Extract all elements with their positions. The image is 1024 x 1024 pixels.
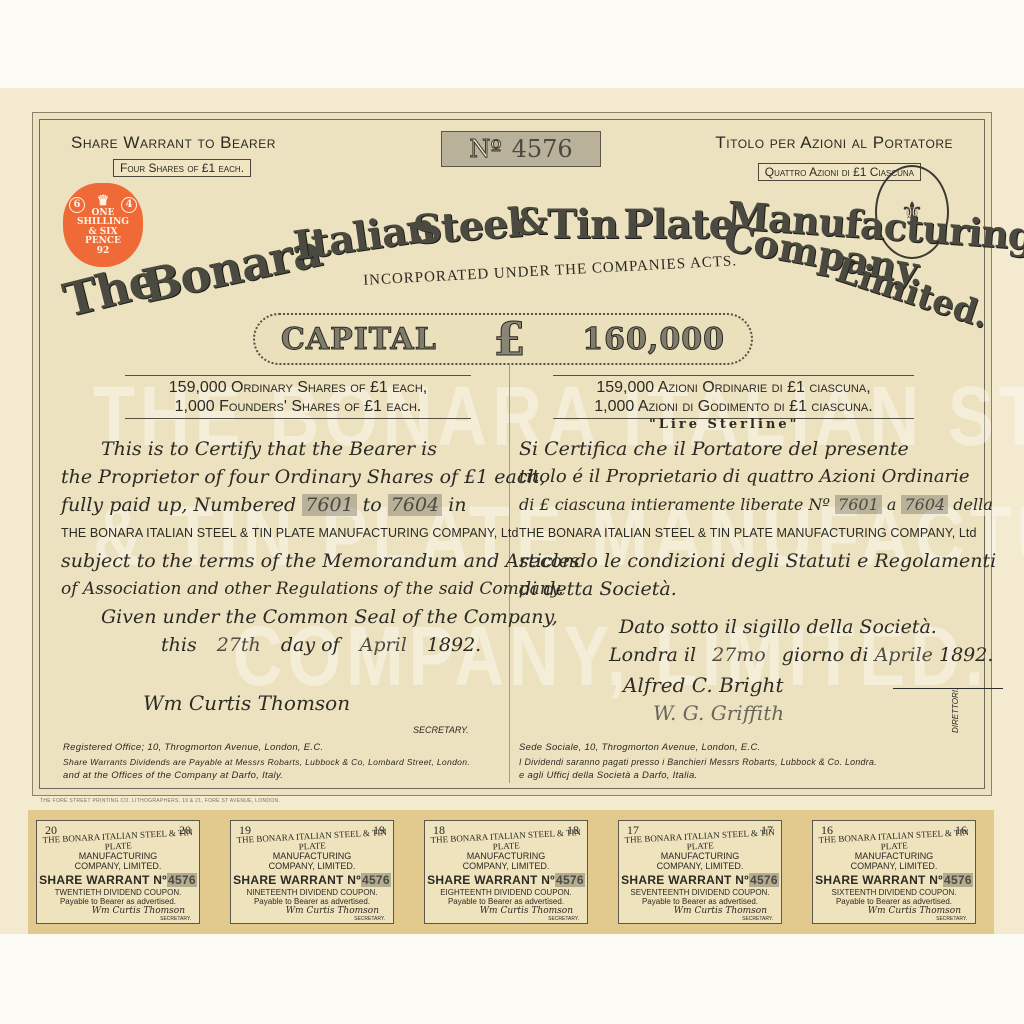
- footer-en: Registered Office; 10, Throgmorton Avenu…: [63, 741, 503, 783]
- shares-it-line: 159,000 Azioni Ordinarie di £1 ciascuna,: [561, 378, 906, 397]
- company-line: THE BONARA ITALIAN STEEL & TIN PLATE MAN…: [519, 519, 965, 547]
- text-fragment: this: [161, 634, 197, 656]
- coupon-company: COMPANY, LIMITED.: [813, 861, 975, 871]
- warrant-label: SHARE WARRANT Nº: [233, 873, 361, 887]
- text-line: secondo le condizioni degli Statuti e Re…: [519, 547, 965, 575]
- text-fragment: di £ ciascuna intieramente liberate Nº: [519, 495, 830, 514]
- coupon-secretary: SECRETARY.: [425, 916, 587, 922]
- capital-banner: CAPITAL £ 160,000: [253, 313, 753, 365]
- date-year: 1892.: [939, 644, 993, 666]
- coupon-payable: Payable to Bearer as advertised.: [231, 897, 393, 906]
- coupon-ordinal: SIXTEENTH DIVIDEND COUPON.: [813, 888, 975, 897]
- coupon-company: COMPANY, LIMITED.: [619, 861, 781, 871]
- warrant-number: 4576: [167, 873, 197, 887]
- text-fragment: a: [887, 495, 897, 514]
- warrant-number: 4576: [361, 873, 391, 887]
- text-line: Dato sotto il sigillo della Società.: [519, 613, 965, 641]
- coupon-ordinal: TWENTIETH DIVIDEND COUPON.: [37, 888, 199, 897]
- director-signature-2: W. G. Griffith: [653, 701, 784, 725]
- shares-box-en: Four Shares of £1 each.: [113, 159, 251, 177]
- header-right: Titolo per Azioni al Portatore: [715, 133, 953, 153]
- date-month: Aprile: [875, 644, 933, 666]
- coupon-company: COMPANY, LIMITED.: [425, 861, 587, 871]
- coupon-signature: Wm Curtis Thomson: [425, 906, 587, 916]
- signature-line: [893, 688, 1003, 689]
- footer-line: Registered Office; 10, Throgmorton Avenu…: [63, 741, 503, 755]
- coupon-payable: Payable to Bearer as advertised.: [619, 897, 781, 906]
- capital-value: 160,000: [582, 322, 725, 357]
- coupon-ordinal: SEVENTEENTH DIVIDEND COUPON.: [619, 888, 781, 897]
- shares-it-line: 1,000 Azioni di Godimento di £1 ciascuna…: [561, 397, 906, 416]
- text-line: Si Certifica che il Portatore del presen…: [519, 435, 965, 463]
- date-month: April: [360, 634, 407, 656]
- share-number-from: 7601: [302, 494, 356, 516]
- text-fragment: Londra il: [609, 644, 696, 666]
- shares-it: 159,000 Azioni Ordinarie di £1 ciascuna,…: [553, 375, 914, 419]
- direttori-label: DIRETTORI.: [951, 688, 960, 733]
- pound-sign-icon: £: [494, 312, 526, 366]
- coupon-16[interactable]: 16 16 THE BONARA ITALIAN STEEL & TIN PLA…: [812, 820, 976, 924]
- warrant-label: SHARE WARRANT Nº: [427, 873, 555, 887]
- coupon-signature: Wm Curtis Thomson: [813, 906, 975, 916]
- coupon-secretary: SECRETARY.: [619, 916, 781, 922]
- coupon-payable: Payable to Bearer as advertised.: [37, 897, 199, 906]
- company-line: THE BONARA ITALIAN STEEL & TIN PLATE MAN…: [61, 519, 507, 547]
- column-divider: [509, 363, 510, 783]
- coupon-secretary: SECRETARY.: [37, 916, 199, 922]
- printer-imprint: THE FORE STREET PRINTING CO. LITHOGRAPHE…: [40, 798, 280, 804]
- coupon-warrant: SHARE WARRANT Nº4576: [813, 873, 975, 887]
- footer-line: e agli Ufficj della Società a Darfo, Ita…: [519, 769, 959, 783]
- share-certificate: THE BONARA ITALIAN STEEL & TIN PLATE MAN…: [32, 112, 992, 796]
- shares-en-line: 1,000 Founders' Shares of £1 each.: [133, 397, 463, 416]
- coupon-18[interactable]: 18 18 THE BONARA ITALIAN STEEL & TIN PLA…: [424, 820, 588, 924]
- dividend-coupons: 20 20 THE BONARA ITALIAN STEEL & TIN PLA…: [28, 810, 994, 934]
- text-line: di detta Società.: [519, 575, 965, 603]
- coupon-19[interactable]: 19 19 THE BONARA ITALIAN STEEL & TIN PLA…: [230, 820, 394, 924]
- date-line: this 27th day of April 1892.: [61, 631, 507, 659]
- warrant-label: SHARE WARRANT Nº: [39, 873, 167, 887]
- coupon-20[interactable]: 20 20 THE BONARA ITALIAN STEEL & TIN PLA…: [36, 820, 200, 924]
- text-fragment: day of: [281, 634, 340, 656]
- warrant-number: 4576: [943, 873, 973, 887]
- coupon-warrant: SHARE WARRANT Nº4576: [37, 873, 199, 887]
- share-number-from: 7601: [835, 495, 882, 514]
- warrant-label: SHARE WARRANT Nº: [815, 873, 943, 887]
- text-line: titolo é il Proprietario di quattro Azio…: [519, 463, 965, 491]
- capital-label: CAPITAL: [281, 322, 437, 357]
- date-year: 1892.: [427, 634, 481, 656]
- footer-line: and at the Offices of the Company at Dar…: [63, 769, 503, 783]
- title-word: Tin: [547, 201, 618, 248]
- coupon-ordinal: NINETEENTH DIVIDEND COUPON.: [231, 888, 393, 897]
- director-signature-1: Alfred C. Bright: [623, 673, 783, 697]
- coupon-secretary: SECRETARY.: [231, 916, 393, 922]
- coupon-secretary: SECRETARY.: [813, 916, 975, 922]
- coupon-warrant: SHARE WARRANT Nº4576: [619, 873, 781, 887]
- warrant-label: SHARE WARRANT Nº: [621, 873, 749, 887]
- text-fragment: della: [953, 495, 992, 514]
- certificate-number: Nº 4576: [441, 131, 601, 167]
- lire-sterline: "Lire Sterline": [649, 417, 799, 432]
- coupon-company: COMPANY, LIMITED.: [37, 861, 199, 871]
- warrant-number: 4576: [555, 873, 585, 887]
- footer-line: Share Warrants Dividends are Payable at …: [63, 755, 503, 769]
- text-line: subject to the terms of the Memorandum a…: [61, 547, 507, 575]
- date-day: 27th: [217, 634, 261, 656]
- footer-line: Sede Sociale, 10, Throgmorton Avenue, Lo…: [519, 741, 959, 755]
- coupon-signature: Wm Curtis Thomson: [231, 906, 393, 916]
- text-line: di £ ciascuna intieramente liberate Nº 7…: [519, 491, 965, 519]
- coupon-17[interactable]: 17 17 THE BONARA ITALIAN STEEL & TIN PLA…: [618, 820, 782, 924]
- coupon-payable: Payable to Bearer as advertised.: [813, 897, 975, 906]
- text-fragment: to: [363, 494, 382, 516]
- text-fragment: in: [448, 494, 466, 516]
- header-left: Share Warrant to Bearer: [71, 133, 276, 153]
- coupon-ordinal: EIGHTEENTH DIVIDEND COUPON.: [425, 888, 587, 897]
- secretary-label: SECRETARY.: [413, 725, 469, 735]
- number-value: 4576: [512, 135, 573, 163]
- footer-line: I Dividendi saranno pagati presso i Banc…: [519, 755, 959, 769]
- coupon-signature: Wm Curtis Thomson: [37, 906, 199, 916]
- italian-text: Si Certifica che il Portatore del presen…: [519, 435, 965, 669]
- text-fragment: giorno di: [782, 644, 869, 666]
- title-word: Steel: [411, 199, 522, 253]
- text-line: Given under the Common Seal of the Compa…: [61, 603, 507, 631]
- share-number-to: 7604: [901, 495, 948, 514]
- shares-en: 159,000 Ordinary Shares of £1 each, 1,00…: [125, 375, 471, 419]
- text-fragment: fully paid up, Numbered: [61, 494, 296, 516]
- footer-it: Sede Sociale, 10, Throgmorton Avenue, Lo…: [519, 741, 959, 783]
- coupon-warrant: SHARE WARRANT Nº4576: [231, 873, 393, 887]
- coupon-signature: Wm Curtis Thomson: [619, 906, 781, 916]
- text-line: the Proprietor of four Ordinary Shares o…: [61, 463, 507, 491]
- shares-en-line: 159,000 Ordinary Shares of £1 each,: [133, 378, 463, 397]
- text-line: This is to Certify that the Bearer is: [61, 435, 507, 463]
- number-prefix: Nº: [469, 135, 501, 163]
- title-word: Plate: [623, 201, 733, 248]
- text-line: of Association and other Regulations of …: [61, 575, 507, 603]
- date-line: Londra il 27mo giorno di Aprile 1892.: [519, 641, 965, 669]
- title-word: &: [515, 201, 547, 243]
- english-text: This is to Certify that the Bearer is th…: [61, 435, 507, 659]
- coupon-company: COMPANY, LIMITED.: [231, 861, 393, 871]
- coupon-payable: Payable to Bearer as advertised.: [425, 897, 587, 906]
- date-day: 27mo: [712, 644, 766, 666]
- secretary-signature: Wm Curtis Thomson: [143, 691, 350, 715]
- share-number-to: 7604: [388, 494, 442, 516]
- warrant-number: 4576: [749, 873, 779, 887]
- coupon-warrant: SHARE WARRANT Nº4576: [425, 873, 587, 887]
- text-line: fully paid up, Numbered 7601 to 7604 in: [61, 491, 507, 519]
